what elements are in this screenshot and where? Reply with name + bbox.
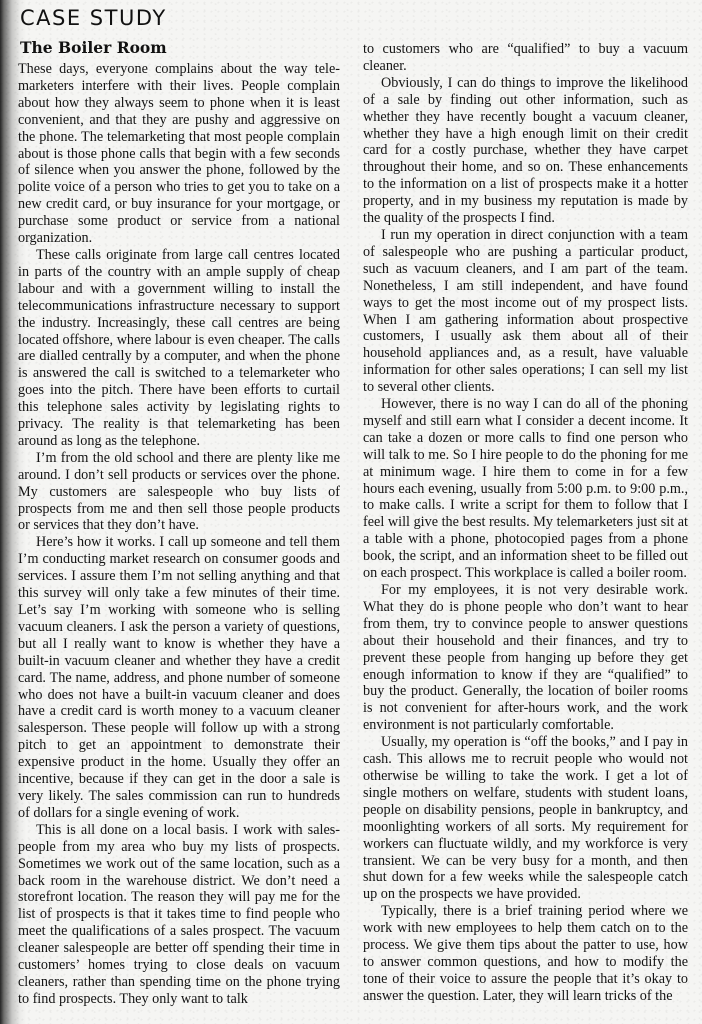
paragraph: However, there is no way I can do all of… [363, 396, 688, 582]
paragraph: Typically, there is a brief training per… [363, 903, 688, 1004]
left-column: These days, everyone complains about the… [18, 61, 340, 1008]
paragraph: These days, everyone complains about the… [18, 61, 340, 247]
right-column: to customers who are “qualified” to buy … [363, 41, 688, 1005]
paragraph: Here’s how it works. I call up someone a… [18, 534, 340, 821]
scanned-page: CASE STUDY The Boiler Room These days, e… [0, 0, 702, 1024]
case-study-title: The Boiler Room [20, 38, 167, 57]
paragraph: This is all done on a local basis. I wor… [18, 822, 340, 1008]
paragraph: Usually, my operation is “off the books,… [363, 734, 688, 903]
paragraph: Obviously, I can do things to improve th… [363, 75, 688, 227]
section-label: CASE STUDY [20, 6, 167, 30]
paragraph: I’m from the old school and there are pl… [18, 450, 340, 535]
paragraph: to customers who are “qualified” to buy … [363, 41, 688, 75]
paragraph: These calls originate from large call ce… [18, 247, 340, 450]
paragraph: I run my operation in direct conjunction… [363, 227, 688, 396]
paragraph: For my employees, it is not very desirab… [363, 582, 688, 734]
